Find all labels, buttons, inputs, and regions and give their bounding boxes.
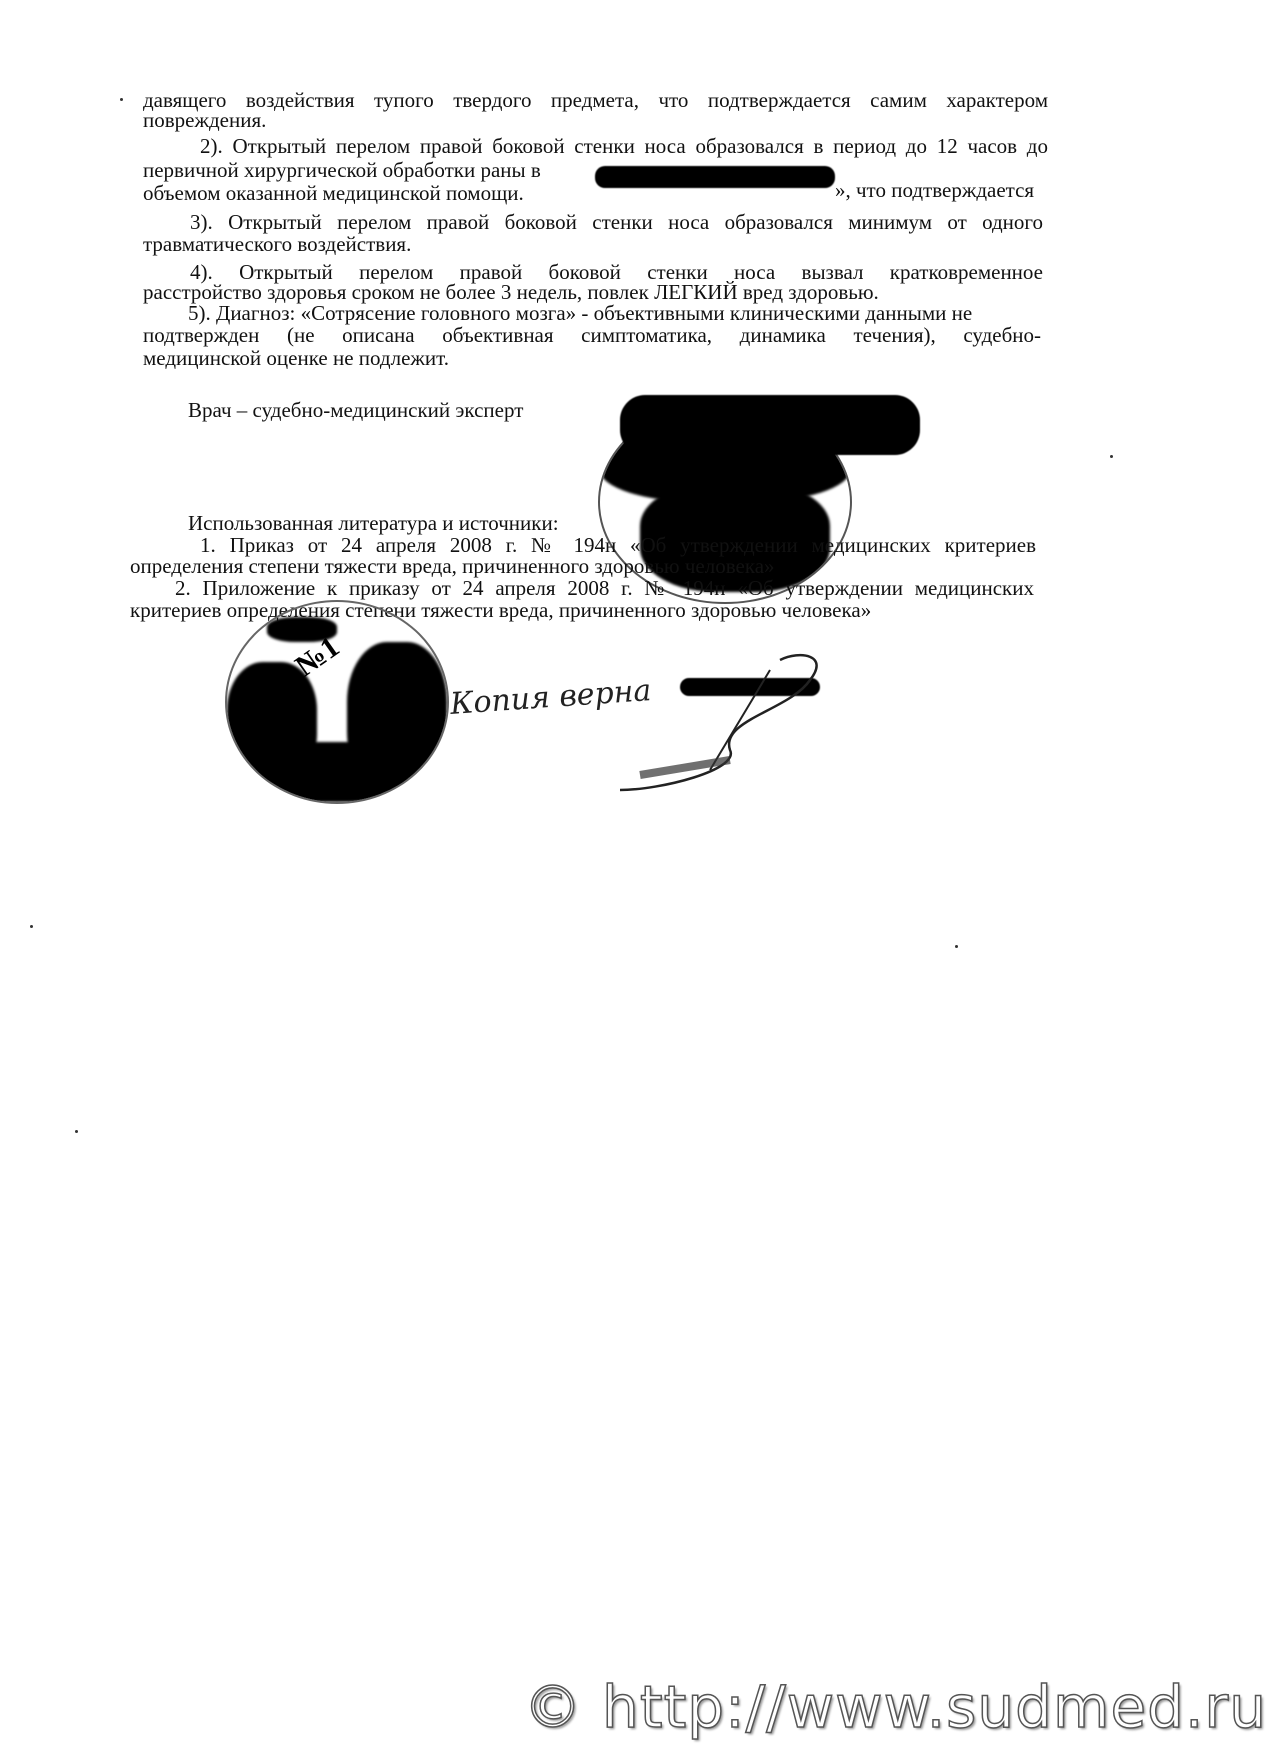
text-line: », что подтверждается: [835, 180, 1034, 201]
redaction-blot: [620, 395, 920, 455]
site-watermark: © http://www.sudmed.ru: [524, 1673, 1267, 1741]
scan-speck: [120, 98, 123, 101]
literature-item: критериев определения степени тяжести вр…: [130, 600, 871, 621]
literature-item: определения степени тяжести вреда, причи…: [130, 556, 775, 577]
text-line: давящего воздействия тупого твердого пре…: [143, 90, 1048, 111]
text-line: первичной хирургической обработки раны в: [143, 160, 541, 181]
literature-item: 2. Приложение к приказу от 24 апреля 200…: [175, 578, 1034, 599]
text-line: медицинской оценке не подлежит.: [143, 348, 449, 369]
scan-speck: [30, 925, 33, 928]
text-line: расстройство здоровья сроком не более 3 …: [143, 282, 879, 303]
text-line: повреждения.: [143, 110, 266, 131]
scan-speck: [1110, 455, 1113, 458]
redaction-bar: [595, 166, 835, 188]
literature-item: 1. Приказ от 24 апреля 2008 г. № 194н «О…: [200, 535, 1036, 556]
text-line: травматического воздействия.: [143, 234, 411, 255]
round-stamp: [225, 600, 449, 804]
expert-title: Врач – судебно-медицинский эксперт: [188, 400, 523, 421]
text-line: подтвержден (не описана объективная симп…: [143, 325, 1041, 346]
scan-speck: [75, 1130, 78, 1133]
text-line: 2). Открытый перелом правой боковой стен…: [200, 136, 1048, 157]
text-line: 5). Диагноз: «Сотрясение головного мозга…: [188, 303, 972, 324]
literature-heading: Использованная литература и источники:: [188, 513, 559, 534]
signature-scribble: [600, 640, 840, 810]
scan-speck: [955, 945, 958, 948]
text-line: объемом оказанной медицинской помощи.: [143, 183, 524, 204]
text-line: 3). Открытый перелом правой боковой стен…: [190, 212, 1043, 233]
document-page: давящего воздействия тупого твердого пре…: [0, 0, 1275, 1753]
